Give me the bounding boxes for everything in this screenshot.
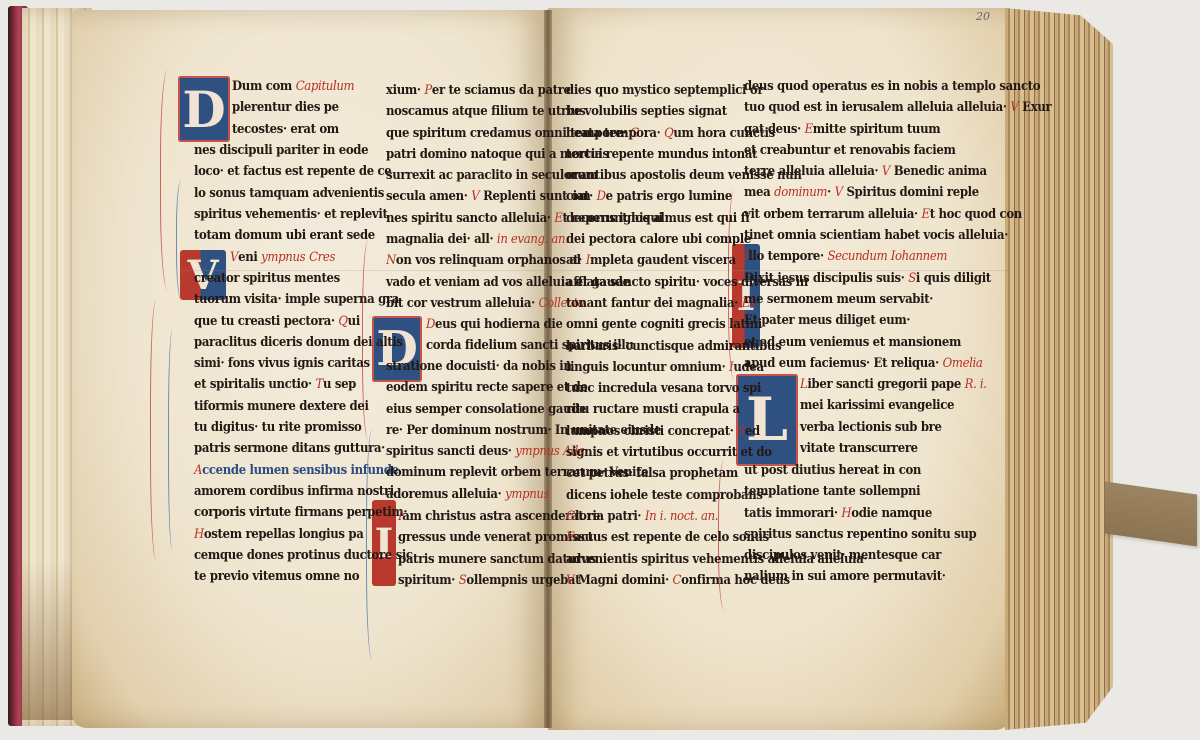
- text-line: Dum com Capitulum: [232, 76, 354, 97]
- text-line: Accende lumen sensibus infunde: [194, 460, 413, 481]
- text-line: spiritus vehementis· et replevit: [194, 204, 391, 225]
- bookmark-strip[interactable]: [1105, 482, 1197, 547]
- folio-number: 20: [976, 10, 990, 23]
- text-line: et ad eum veniemus et mansionem: [744, 332, 1051, 353]
- text-line: te previo vitemus omne no: [194, 566, 413, 587]
- text-line: Illo tempore· Secundum Iohannem: [744, 246, 1051, 267]
- text-line: plerentur dies pe: [232, 97, 354, 118]
- initial-d-large: D: [178, 76, 230, 142]
- text-line: tu digitus· tu rite promisso: [194, 417, 413, 438]
- text-line: me sermonem meum servabit·: [744, 289, 1051, 310]
- text-line: apud eum faciemus· Et reliqua· Omelia: [744, 353, 1051, 374]
- pen-flourish-red: [150, 300, 165, 560]
- text-line: simi· fons vivus ignis caritas: [194, 353, 413, 374]
- text-line: patris sermone ditans guttura·: [194, 438, 413, 459]
- text-line: mei karissimi evangelice: [800, 395, 987, 416]
- text-line: totam domum ubi erant sede: [194, 225, 391, 246]
- text-line: Et pater meus diliget eum·: [744, 310, 1051, 331]
- text-line: creator spiritus mentes: [194, 268, 413, 289]
- text-line: verba lectionis sub bre: [800, 417, 987, 438]
- text-column-d-body: ut post diutius hereat in con templation…: [744, 460, 976, 588]
- text-line: paraclitus diceris donum dei altis: [194, 332, 413, 353]
- text-line: loco· et factus est repente de ce: [194, 161, 391, 182]
- text-line: Liber sancti gregorii pape R. i.: [800, 374, 987, 395]
- text-column-d-homily: Liber sancti gregorii pape R. i. mei kar…: [800, 374, 987, 459]
- text-line: spiritus sanctus repentino sonitu sup: [744, 524, 976, 545]
- text-column-a-cont: nes discipuli pariter in eode loco· et f…: [194, 140, 391, 246]
- text-line: tecostes· erat om: [232, 119, 354, 140]
- text-column-a-body: creator spiritus mentes tuorum visita· i…: [194, 268, 413, 587]
- text-line: tuo quod est in ierusalem alleluia allel…: [744, 97, 1051, 118]
- text-line: Hostem repellas longius pa: [194, 524, 413, 545]
- text-line: nalium in sui amore permutavit·: [744, 566, 976, 587]
- text-line: discipulos venit· mentesque car: [744, 545, 976, 566]
- text-line: tuorum visita· imple superna gra: [194, 289, 413, 310]
- text-line: lo sonus tamquam advenientis: [194, 183, 391, 204]
- text-line: que tu creasti pectora· Qui: [194, 311, 413, 332]
- text-line: templatione tante sollempni: [744, 481, 976, 502]
- pen-flourish-blue: [168, 330, 179, 550]
- text-line: tatis immorari· Hodie namque: [744, 503, 976, 524]
- text-column-a-hymn: Veni ympnus Cres: [230, 247, 335, 268]
- text-line: amorem cordibus infirma nostri: [194, 481, 413, 502]
- text-line: corporis virtute firmans perpetim·: [194, 502, 413, 523]
- text-line: vitate transcurrere: [800, 438, 987, 459]
- text-line: terre alleluia alleluia· V Benedic anima: [744, 161, 1051, 182]
- text-line: Veni ympnus Cres: [230, 247, 335, 268]
- text-column-a: Dum com Capitulum plerentur dies pe teco…: [232, 76, 354, 140]
- text-line: vit orbem terrarum alleluia· Et hoc quod…: [744, 204, 1051, 225]
- text-line: nes discipuli pariter in eode: [194, 140, 391, 161]
- text-line: tinet omnia scientiam habet vocis allelu…: [744, 225, 1051, 246]
- text-line: et creabuntur et renovabis faciem: [744, 140, 1051, 161]
- text-line: tiformis munere dextere dei: [194, 396, 413, 417]
- text-line: deus quod operatus es in nobis a templo …: [744, 76, 1051, 97]
- text-line: gat deus· Emitte spiritum tuum: [744, 119, 1051, 140]
- text-line: mea dominum· V Spiritus domini reple: [744, 182, 1051, 203]
- text-line: cemque dones protinus ductore sic: [194, 545, 413, 566]
- manuscript-book: 20 D V D I I L Dum com Capitulum plerent…: [0, 0, 1200, 740]
- text-line: Dixit iesus discipulis suis· Si quis dil…: [744, 268, 1051, 289]
- text-line: et spiritalis unctio· Tu sep: [194, 374, 413, 395]
- text-line: ut post diutius hereat in con: [744, 460, 976, 481]
- text-column-d: deus quod operatus es in nobis a templo …: [744, 76, 1051, 374]
